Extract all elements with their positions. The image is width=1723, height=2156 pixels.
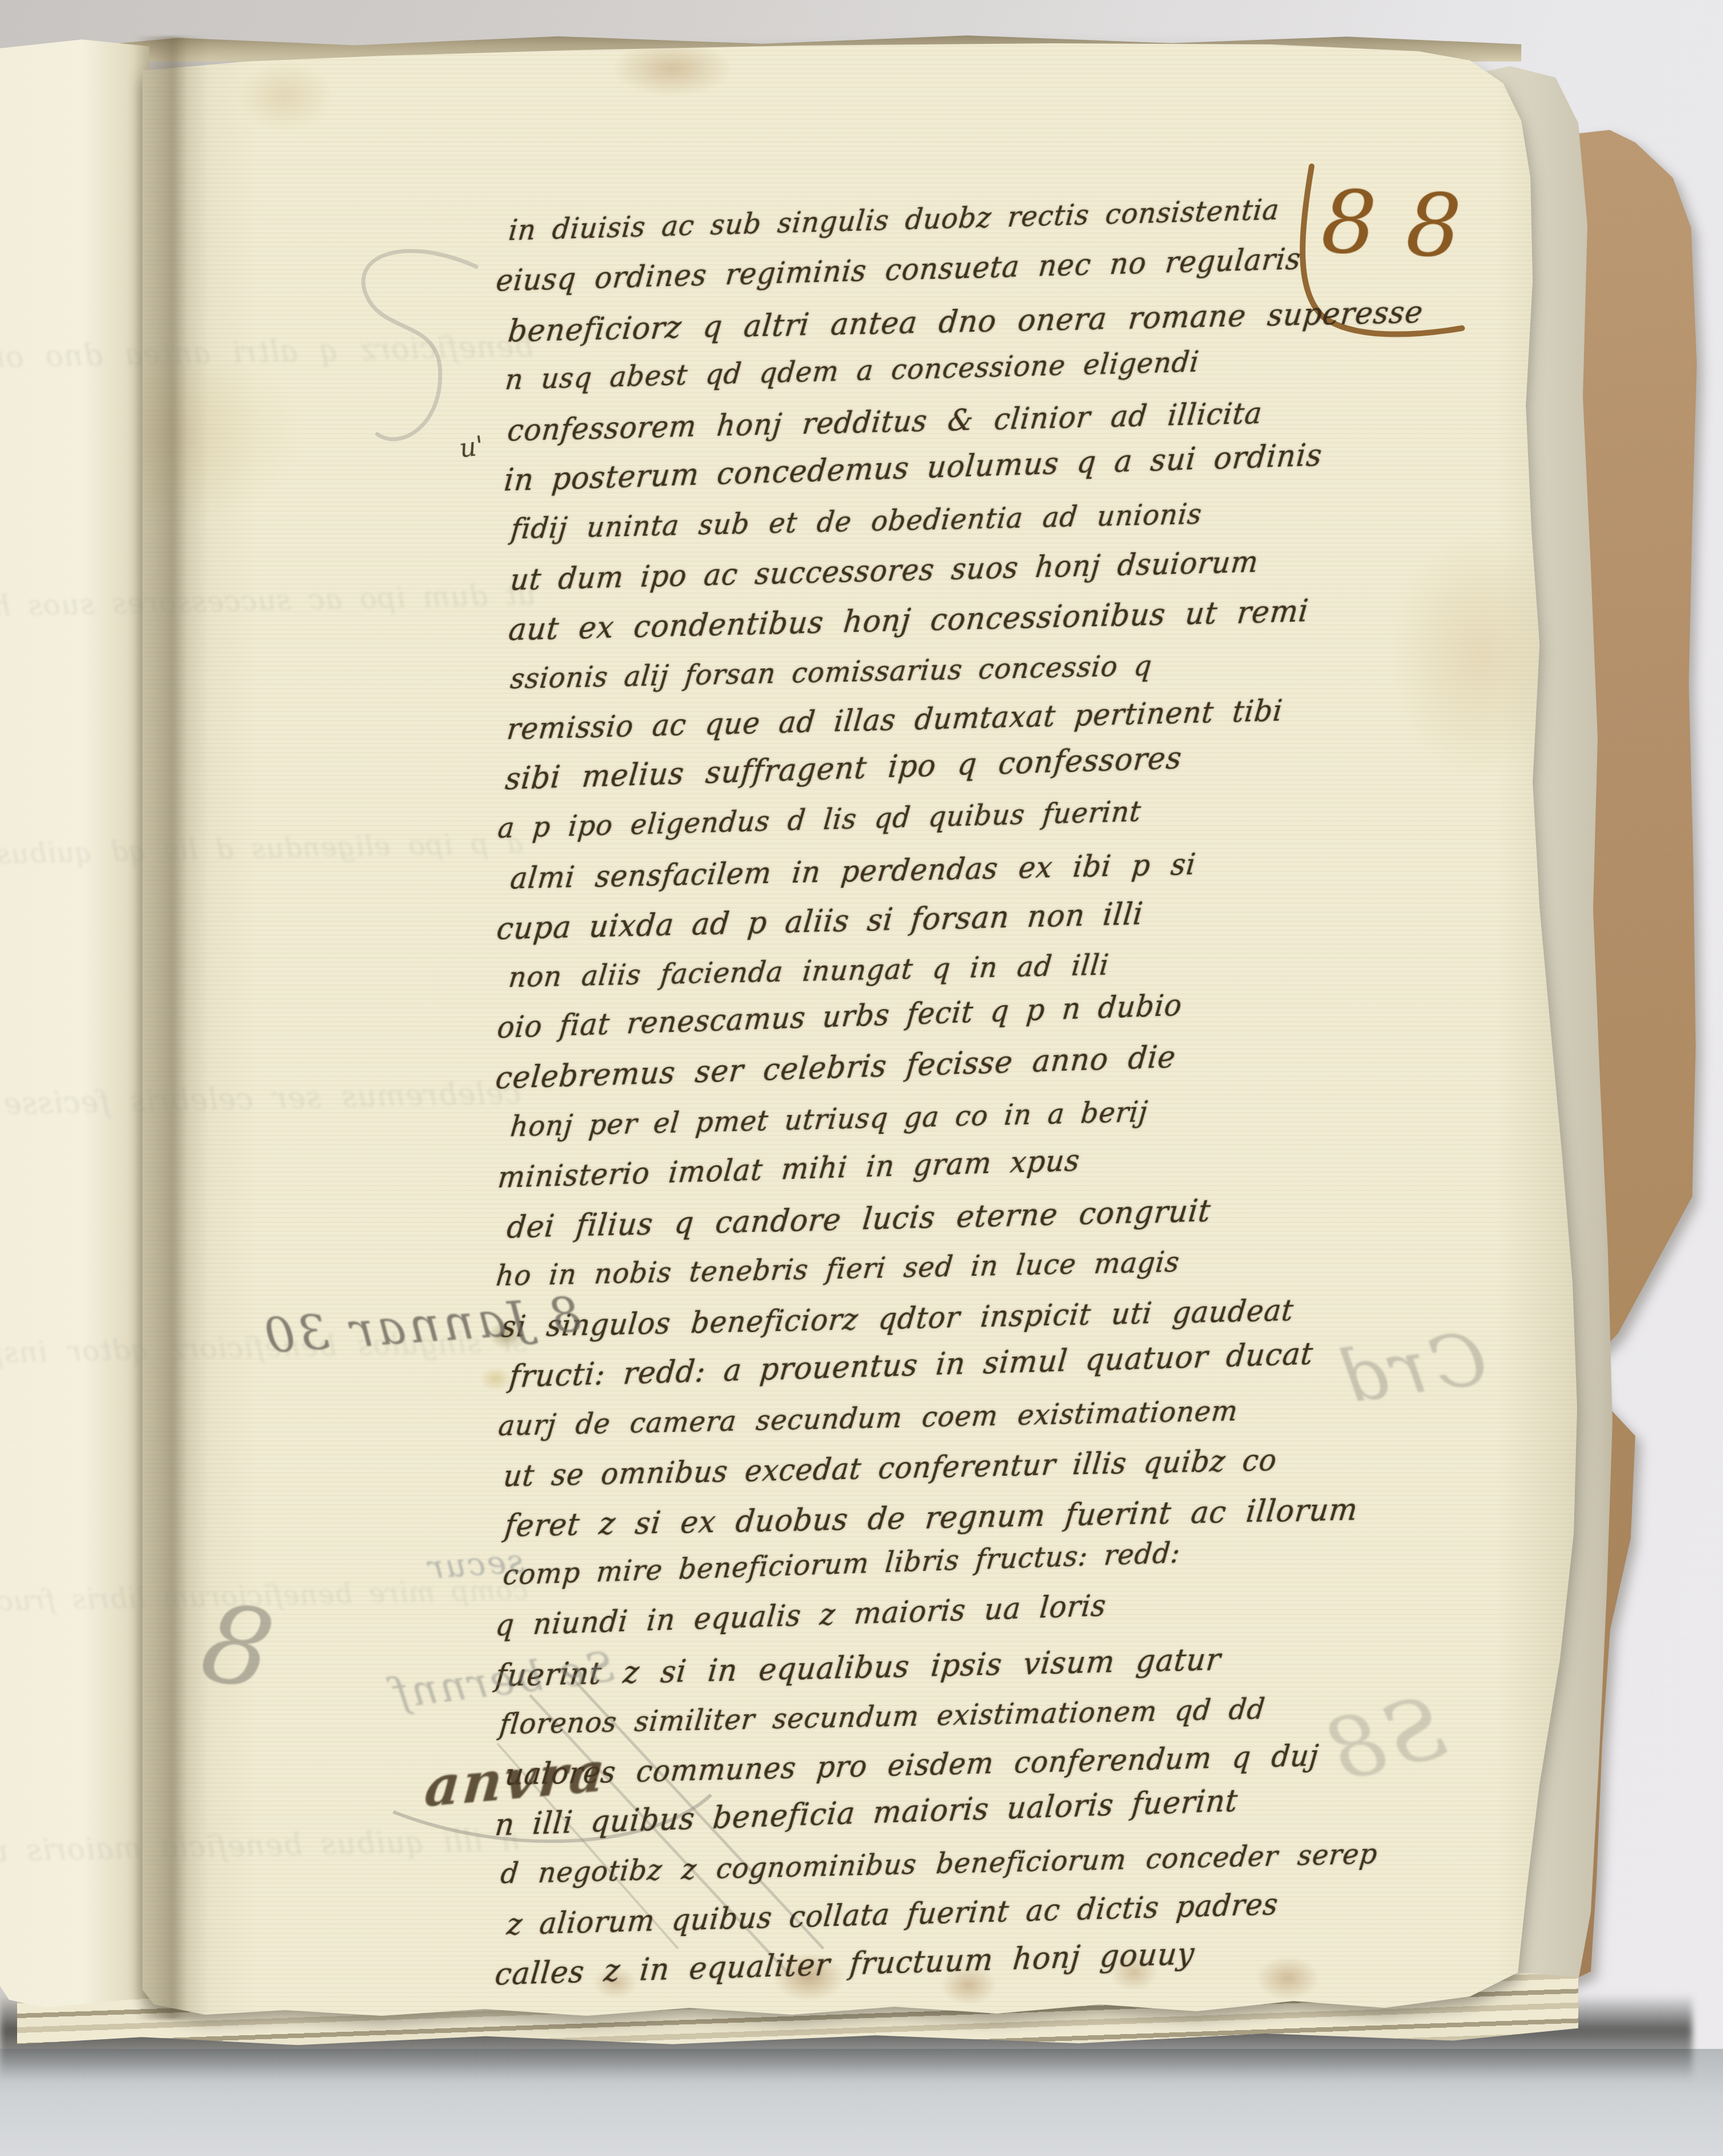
- manuscript-line: d negotibz z cognominibus beneficiorum c…: [499, 1837, 1379, 1890]
- manuscript-line: cupa uixda ad p aliis si forsan non illi: [495, 896, 1145, 946]
- manuscript-line: calles z in equaliter fructuum honj gouu…: [493, 1935, 1197, 1992]
- manuscript-line: z aliorum quibus collata fuerint ac dict…: [505, 1886, 1280, 1941]
- manuscript-line: oio fiat renescamus urbs fecit q p n dub…: [496, 987, 1183, 1045]
- show-through-line: n illi quibus beneficia maioris ualoris …: [0, 1823, 521, 1873]
- show-through-line: beneficiorz q altri antea dno onera roma…: [0, 329, 534, 383]
- manuscript-line: fructi: redd: a prouentus in simul quatu…: [508, 1336, 1315, 1395]
- manuscript-line: eiusq ordines regiminis consueta nec no …: [495, 241, 1303, 298]
- manuscript-line: remissio ac que ad illas dumtaxat pertin…: [505, 693, 1284, 746]
- folio-number: 88: [1318, 171, 1562, 317]
- manuscript-line: sibi melius suffragent ipo q confessores: [504, 740, 1183, 797]
- manuscript-line: ho in nobis tenebris fieri sed in luce m…: [495, 1245, 1181, 1293]
- manuscript-line: fidij uninta sub et de obedientia ad uni…: [509, 497, 1204, 546]
- manuscript-line: florenos similiter secundum existimation…: [498, 1692, 1267, 1741]
- manuscript-line: ssionis alij forsan comissarius concessi…: [509, 648, 1154, 695]
- manuscript-line: honj per el pmet utriusq ga co in a beri…: [509, 1095, 1149, 1144]
- manuscript-line: aurj de camera secundum coem existimatio…: [497, 1394, 1240, 1442]
- manuscript-line: ut se omnibus excedat conferentur illis …: [502, 1442, 1279, 1493]
- show-through-line: ut dum ipo ac successores suos honj dsui…: [0, 578, 536, 627]
- show-through-line: celebremus ser celebris fecisse anno die: [0, 1076, 521, 1125]
- manuscript-line: beneficiorz q altri antea dno onera roma…: [507, 294, 1425, 349]
- manuscript-text-block: in diuisis ac sub singulis duobz rectis …: [0, 0, 1723, 2156]
- manuscript-line: dei filius q candore lucis eterne congru…: [505, 1193, 1212, 1245]
- manuscript-line: in posterum concedemus uolumus q a sui o…: [503, 437, 1324, 499]
- manuscript-scan: 88 in diuisis ac sub singulis duobz rect…: [0, 0, 1723, 2156]
- manuscript-line: comp mire beneficiorum libris fructus: r…: [501, 1536, 1182, 1591]
- manuscript-line: almi sensfacilem in perdendas ex ibi p s…: [509, 847, 1198, 896]
- manuscript-line: confessorem honj redditus & clinior ad i…: [506, 395, 1264, 447]
- manuscript-line: aut ex condentibus honj concessionibus u…: [507, 593, 1310, 648]
- manuscript-line: q niundi in equalis z maioris ua loris: [494, 1588, 1108, 1643]
- show-through-line: a p ipo eligendus d lis qd quibus fuerin…: [0, 827, 524, 873]
- manuscript-line: non aliis facienda inungat q in ad illi: [507, 948, 1110, 994]
- manuscript-line: n usq abest qd qdem a concessione eligen…: [504, 345, 1201, 396]
- manuscript-line: celebremus ser celebris fecisse anno die: [494, 1039, 1178, 1096]
- mirrored-figure-8: 8: [193, 1579, 338, 1725]
- manuscript-line: a p ipo eligendus d lis qd quibus fuerin…: [496, 794, 1142, 844]
- manuscript-line: feret z si ex duobus de regnum fuerint a…: [503, 1492, 1360, 1544]
- manuscript-line: si singulos beneficiorz qdtor inspicit u…: [500, 1292, 1296, 1344]
- manuscript-line: ut dum ipo ac successores suos honj dsui…: [509, 544, 1260, 597]
- manuscript-line: in diuisis ac sub singulis duobz rectis …: [507, 193, 1281, 247]
- manuscript-line: ministerio imolat mihi in gram xpus: [496, 1142, 1081, 1194]
